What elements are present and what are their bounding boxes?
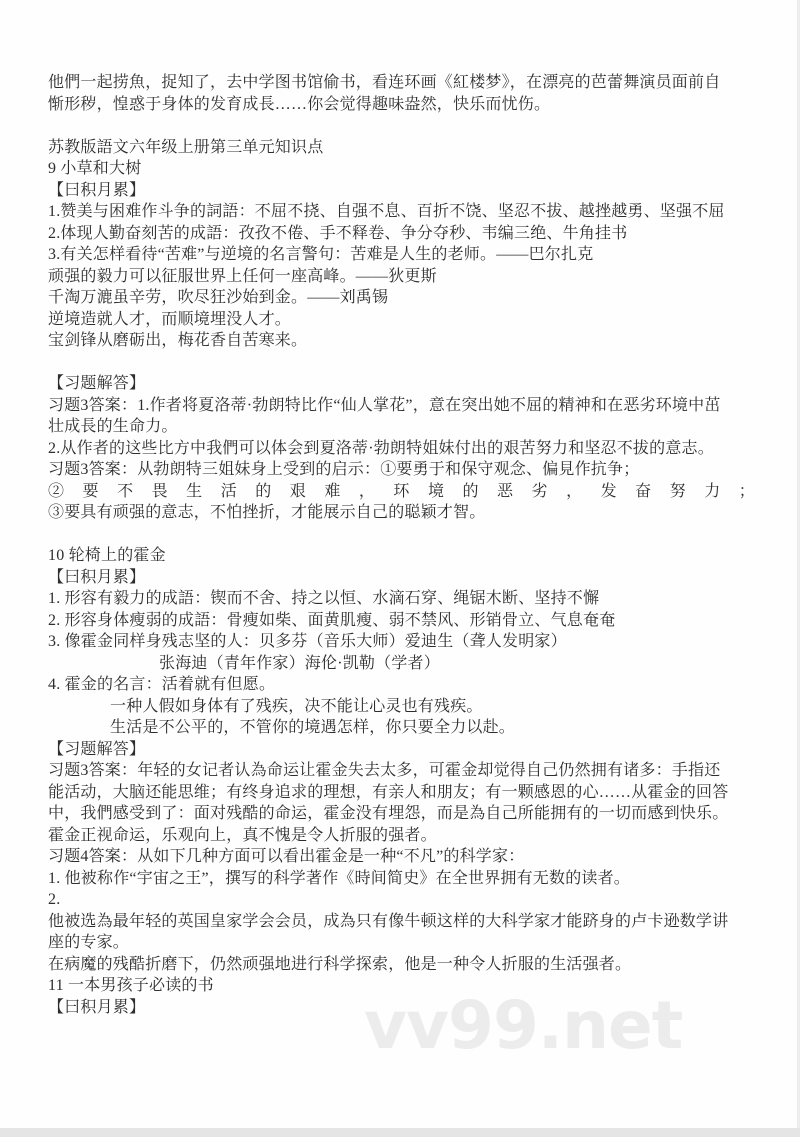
text-line: 壮成長的生命力。 [48,416,755,438]
text-line: 习题3答案：从勃朗特三姐妹身上受到的启示：①要勇于和保守观念、偏見作抗争； [48,459,755,481]
document-page: 他們一起捞魚，捉知了，去中学图书馆偷书，看连环画《紅楼梦》，在漂亮的芭蕾舞演员面… [0,0,800,1128]
text-line: 张海迪（青年作家）海伦·凯勒（学者） [48,653,755,675]
text-line: 一种人假如身体有了残疾，决不能让心灵也有残疾。 [48,696,755,718]
text-line: 他們一起捞魚，捉知了，去中学图书馆偷书，看连环画《紅楼梦》，在漂亮的芭蕾舞演员面… [48,72,755,94]
text-line: ②要不畏生活的艰难，环境的恶劣，发奋努力； [48,481,755,503]
section-heading: 【习题解答】 [48,739,755,761]
text-lines: 他們一起捞魚，捉知了，去中学图书馆偷书，看连环画《紅楼梦》，在漂亮的芭蕾舞演员面… [48,72,755,1018]
text-line: 2.体现人勤奋刻苦的成語：孜孜不倦、手不释卷、争分夺秒、韦编三绝、牛角挂书 [48,223,755,245]
text-line: 能活动，大脑还能思维；有终身追求的理想，有亲人和朋友；有一颗感恩的心……从霍金的… [48,782,755,804]
text-line: 逆境造就人才，而顺境埋没人才。 [48,309,755,331]
section-heading: 【习题解答】 [48,373,755,395]
text-line: 2. [48,889,755,911]
page-bottom-edge [0,1128,800,1137]
text-line: 苏教版語文六年级上册第三单元知识点 [48,137,755,159]
text-line: 2. 形容身体瘦弱的成語：骨瘦如柴、面黄肌瘦、弱不禁风、形销骨立、气息奄奄 [48,610,755,632]
text-line: 他被选為最年轻的英国皇家学会会员，成為只有像牛顿这样的大科学家才能跻身的卢卡逊数… [48,911,755,933]
text-line: 宝剑锋从磨砺出，梅花香自苦寒来。 [48,330,755,352]
watermark-text: vv99.net [364,987,682,1064]
text-line: 3. 像霍金同样身残志坚的人：贝多芬（音乐大师）爱迪生（聋人发明家） [48,631,755,653]
text-line: 10 轮椅上的霍金 [48,545,755,567]
document-content: 他們一起捞魚，捉知了，去中学图书馆偷书，看连环画《紅楼梦》，在漂亮的芭蕾舞演员面… [0,72,800,1018]
text-line: ③要具有顽强的意志，不怕挫折，才能展示自己的聪颖才智。 [48,502,755,524]
text-line: 4. 霍金的名言：活着就有但愿。 [48,674,755,696]
text-line: 2.从作者的这些比方中我們可以体会到夏洛蒂·勃朗特姐妹付出的艰苦努力和坚忍不拔的… [48,438,755,460]
section-heading: 【曰积月累】 [48,567,755,589]
section-heading: 【曰积月累】 [48,180,755,202]
text-line: 千淘万漉虽辛劳，吹尽狂沙始到金。——刘禹锡 [48,287,755,309]
text-line: 霍金正视命运，乐观向上，真不愧是令人折服的强者。 [48,825,755,847]
text-line: 生活是不公平的，不管你的境遇怎样，你只要全力以赴。 [48,717,755,739]
blank-line [48,352,755,374]
text-line: 1. 形容有毅力的成語：锲而不舍、持之以恒、水滴石穿、绳锯木断、坚持不懈 [48,588,755,610]
text-line: 惭形秽，惶惑于身体的发育成長……你会觉得趣味盎然，快乐而忧伤。 [48,94,755,116]
blank-line [48,115,755,137]
text-line: 顽强的毅力可以征服世界上任何一座高峰。——狄更斯 [48,266,755,288]
text-line: 9 小草和大树 [48,158,755,180]
text-line: 座的专家。 [48,932,755,954]
text-line: 在病魔的残酷折磨下，仍然顽强地进行科学探索，他是一种令人折服的生活强者。 [48,954,755,976]
text-line: 中，我們感受到了：面对残酷的命运，霍金没有埋怨，而是為自己所能拥有的一切而感到快… [48,803,755,825]
text-line: 1.赞美与困难作斗争的詞語：不屈不挠、自强不息、百折不饶、坚忍不拔、越挫越勇、坚… [48,201,755,223]
text-line: 习题3答案：1.作者将夏洛蒂·勃朗特比作“仙人掌花”，意在突出她不屈的精神和在恶… [48,395,755,417]
blank-line [48,524,755,546]
text-line: 1. 他被称作“宇宙之王”，撰写的科学著作《時间简史》在全世界拥有无数的读者。 [48,868,755,890]
text-line: 习题3答案：年轻的女记者认為命运让霍金失去太多，可霍金却觉得自己仍然拥有诸多：手… [48,760,755,782]
text-line: 3.有关怎样看待“苦难”与逆境的名言警句：苦难是人生的老师。——巴尔扎克 [48,244,755,266]
text-line: 习题4答案：从如下几种方面可以看出霍金是一种“不凡”的科学家： [48,846,755,868]
